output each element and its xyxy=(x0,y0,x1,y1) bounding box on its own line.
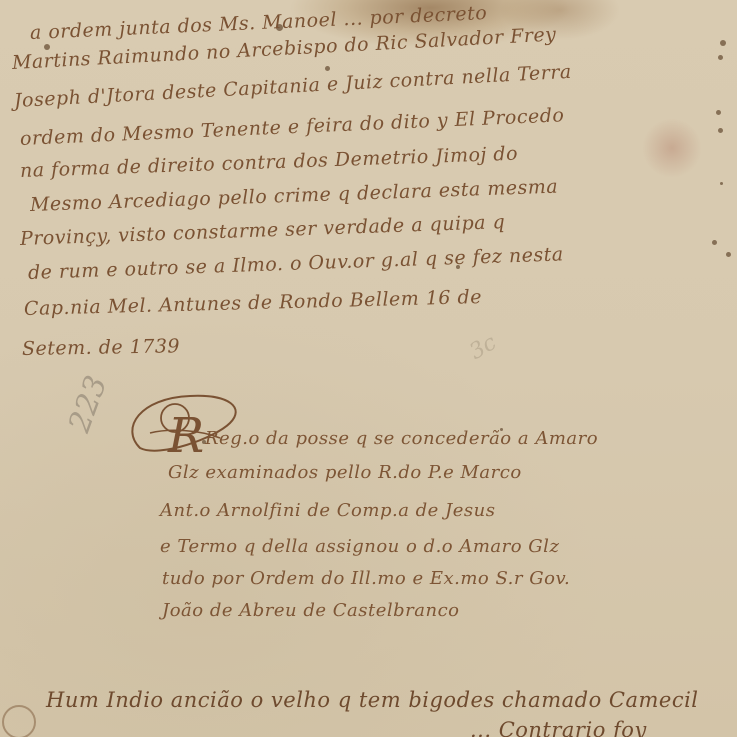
text-line: e Termo q della assignou o d.o Amaro Glz xyxy=(160,536,559,557)
text-line: Glz examinados pello R.do P.e Marco xyxy=(168,462,522,483)
decorative-initial: R xyxy=(168,408,204,464)
ink-spot xyxy=(720,40,726,46)
ink-spot xyxy=(726,252,731,257)
text-line: Reg.o da posse q se concederão a Amaro xyxy=(205,428,598,449)
ink-spot xyxy=(720,182,723,185)
text-line: João de Abreu de Castelbranco xyxy=(162,600,459,621)
text-line: tudo por Ordem do Ill.mo e Ex.mo S.r Gov… xyxy=(162,568,570,589)
ink-loop xyxy=(2,705,36,737)
ink-spot xyxy=(718,55,723,60)
ink-spot xyxy=(716,110,721,115)
ink-spot xyxy=(325,66,330,71)
ink-spot xyxy=(712,240,717,245)
manuscript-page xyxy=(0,0,737,737)
text-line: Setem. de 1739 xyxy=(22,335,180,360)
text-line: Hum Indio ancião o velho q tem bigodes c… xyxy=(46,688,699,712)
text-line: Ant.o Arnolfini de Comp.a de Jesus xyxy=(160,500,496,521)
text-line: ... Contrario foy xyxy=(470,718,647,737)
ink-spot xyxy=(718,128,723,133)
